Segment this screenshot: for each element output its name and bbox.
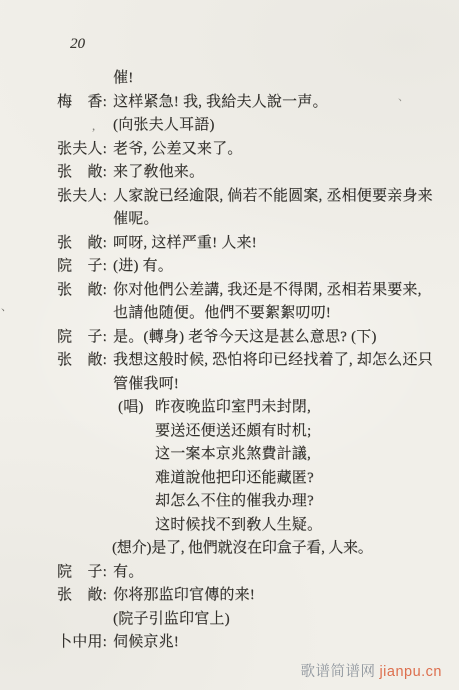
script-line-continuation: 催! xyxy=(57,67,452,91)
watermark: 歌谱简谱网jianpu.cn xyxy=(300,660,442,681)
line-text: 要送还便送还頗有时机; xyxy=(155,423,311,439)
line-text: 来了敎他来。 xyxy=(113,164,204,180)
speaker-name: 张夫人: xyxy=(57,138,113,162)
scanned-script-page: 20 催! 梅 香:这样紧急! 我, 我給夫人說一声。 (向张夫人耳語) 张夫人… xyxy=(0,0,459,690)
action-line: (想介)是了, 他們就沒在印盒子看, 人来。 xyxy=(57,537,452,561)
script-line-continuation: 催呢。 xyxy=(57,208,452,232)
script-line: 张夫人:老爷, 公差又来了。 xyxy=(57,138,452,162)
sung-verse-line: 这一案本京兆煞費計議, xyxy=(57,443,452,467)
line-text: 人家說已经逾限, 倘若不能圆案, 丞相便要亲身来 xyxy=(113,188,433,204)
line-text: 是。(轉身) 老爷今天这是甚么意思? (下) xyxy=(113,329,377,345)
line-text: 这样紧急! 我, 我給夫人說一声。 xyxy=(113,94,328,110)
line-text: (想介)是了, 他們就沒在印盒子看, 人来。 xyxy=(112,540,373,556)
sung-verse-line: 要送还便送还頗有时机; xyxy=(57,420,452,444)
watermark-site-name: 歌谱简谱网 xyxy=(300,664,375,680)
script-line: 张 敞:我想这般时候, 恐怕将印已经找着了, 却怎么还只 xyxy=(57,349,452,373)
script-line-continuation: 也請他随便。他們不要絮絮叨叨! xyxy=(57,302,452,326)
script-line: 院 子:是。(轉身) 老爷今天这是甚么意思? (下) xyxy=(57,326,452,350)
speaker-name: 张 敞: xyxy=(57,349,113,373)
script-line: 卜中用:伺候京兆! xyxy=(57,631,452,655)
script-line: 张 敞:你将那监印官傳的来! xyxy=(57,584,452,608)
line-text: 你对他們公差講, 我还是不得閑, 丞相若果要来, xyxy=(113,282,422,298)
line-text: 难道說他把印还能藏匿? xyxy=(155,470,314,486)
stage-direction: (院子引监印官上) xyxy=(57,608,452,632)
script-line: 张夫人:人家說已经逾限, 倘若不能圆案, 丞相便要亲身来 xyxy=(57,185,452,209)
line-text: 昨夜晚监印室門未封閉, xyxy=(155,399,311,415)
line-text: 也請他随便。他們不要絮絮叨叨! xyxy=(113,305,331,321)
line-text: (院子引监印官上) xyxy=(113,611,230,627)
speaker-name: 张 敞: xyxy=(57,584,113,608)
speaker-name: 院 子: xyxy=(57,255,113,279)
watermark-site-url: jianpu.cn xyxy=(379,664,442,680)
speaker-name: 梅 香: xyxy=(57,91,113,115)
script-body: 催! 梅 香:这样紧急! 我, 我給夫人說一声。 (向张夫人耳語) 张夫人:老爷… xyxy=(57,67,452,655)
ink-speckle: 、 xyxy=(398,88,409,104)
speaker-name: 张 敞: xyxy=(57,232,113,256)
line-text: 你将那监印官傳的来! xyxy=(113,587,255,603)
line-text: 管催我呵! xyxy=(113,376,179,392)
speaker-name: 张夫人: xyxy=(57,185,113,209)
line-text: (向张夫人耳語) xyxy=(113,117,215,133)
line-text: (进) 有。 xyxy=(113,258,173,274)
sung-verse-line: (唱)昨夜晚监印室門未封閉, xyxy=(57,396,452,420)
speaker-name: 院 子: xyxy=(57,561,113,585)
ink-speckle: , xyxy=(92,118,95,134)
line-text: 有。 xyxy=(113,564,143,580)
script-line: 院 子:(进) 有。 xyxy=(57,255,452,279)
script-line-continuation: 管催我呵! xyxy=(57,373,452,397)
speaker-name: 卜中用: xyxy=(57,631,113,655)
line-text: 我想这般时候, 恐怕将印已经找着了, 却怎么还只 xyxy=(113,352,433,368)
script-line: 张 敞:呵呀, 这样严重! 人来! xyxy=(57,232,452,256)
speaker-name: 院 子: xyxy=(57,326,113,350)
line-text: 催! xyxy=(113,70,133,86)
line-text: 这一案本京兆煞費計議, xyxy=(155,446,311,462)
script-line: 院 子:有。 xyxy=(57,561,452,585)
line-text: 老爷, 公差又来了。 xyxy=(113,141,243,157)
page-number: 20 xyxy=(70,36,85,53)
line-text: 却怎么不住的催我办理? xyxy=(155,493,314,509)
speaker-name: 张 敞: xyxy=(57,279,113,303)
line-text: 催呢。 xyxy=(113,211,159,227)
sung-verse-line: 却怎么不住的催我办理? xyxy=(57,490,452,514)
script-line: 张 敞:来了敎他来。 xyxy=(57,161,452,185)
script-line: 梅 香:这样紧急! 我, 我給夫人說一声。 xyxy=(57,91,452,115)
sung-verse-line: 这时候找不到敎人生疑。 xyxy=(57,514,452,538)
speaker-name: 张 敞: xyxy=(57,161,113,185)
line-text: 伺候京兆! xyxy=(113,634,179,650)
script-line: 张 敞:你对他們公差講, 我还是不得閑, 丞相若果要来, xyxy=(57,279,452,303)
sung-verse-line: 难道說他把印还能藏匿? xyxy=(57,467,452,491)
line-text: 这时候找不到敎人生疑。 xyxy=(155,517,322,533)
stage-direction: (向张夫人耳語) xyxy=(57,114,452,138)
line-text: 呵呀, 这样严重! 人来! xyxy=(113,235,257,251)
ink-speckle: 、 xyxy=(1,298,12,314)
sing-tag: (唱) xyxy=(118,396,155,420)
